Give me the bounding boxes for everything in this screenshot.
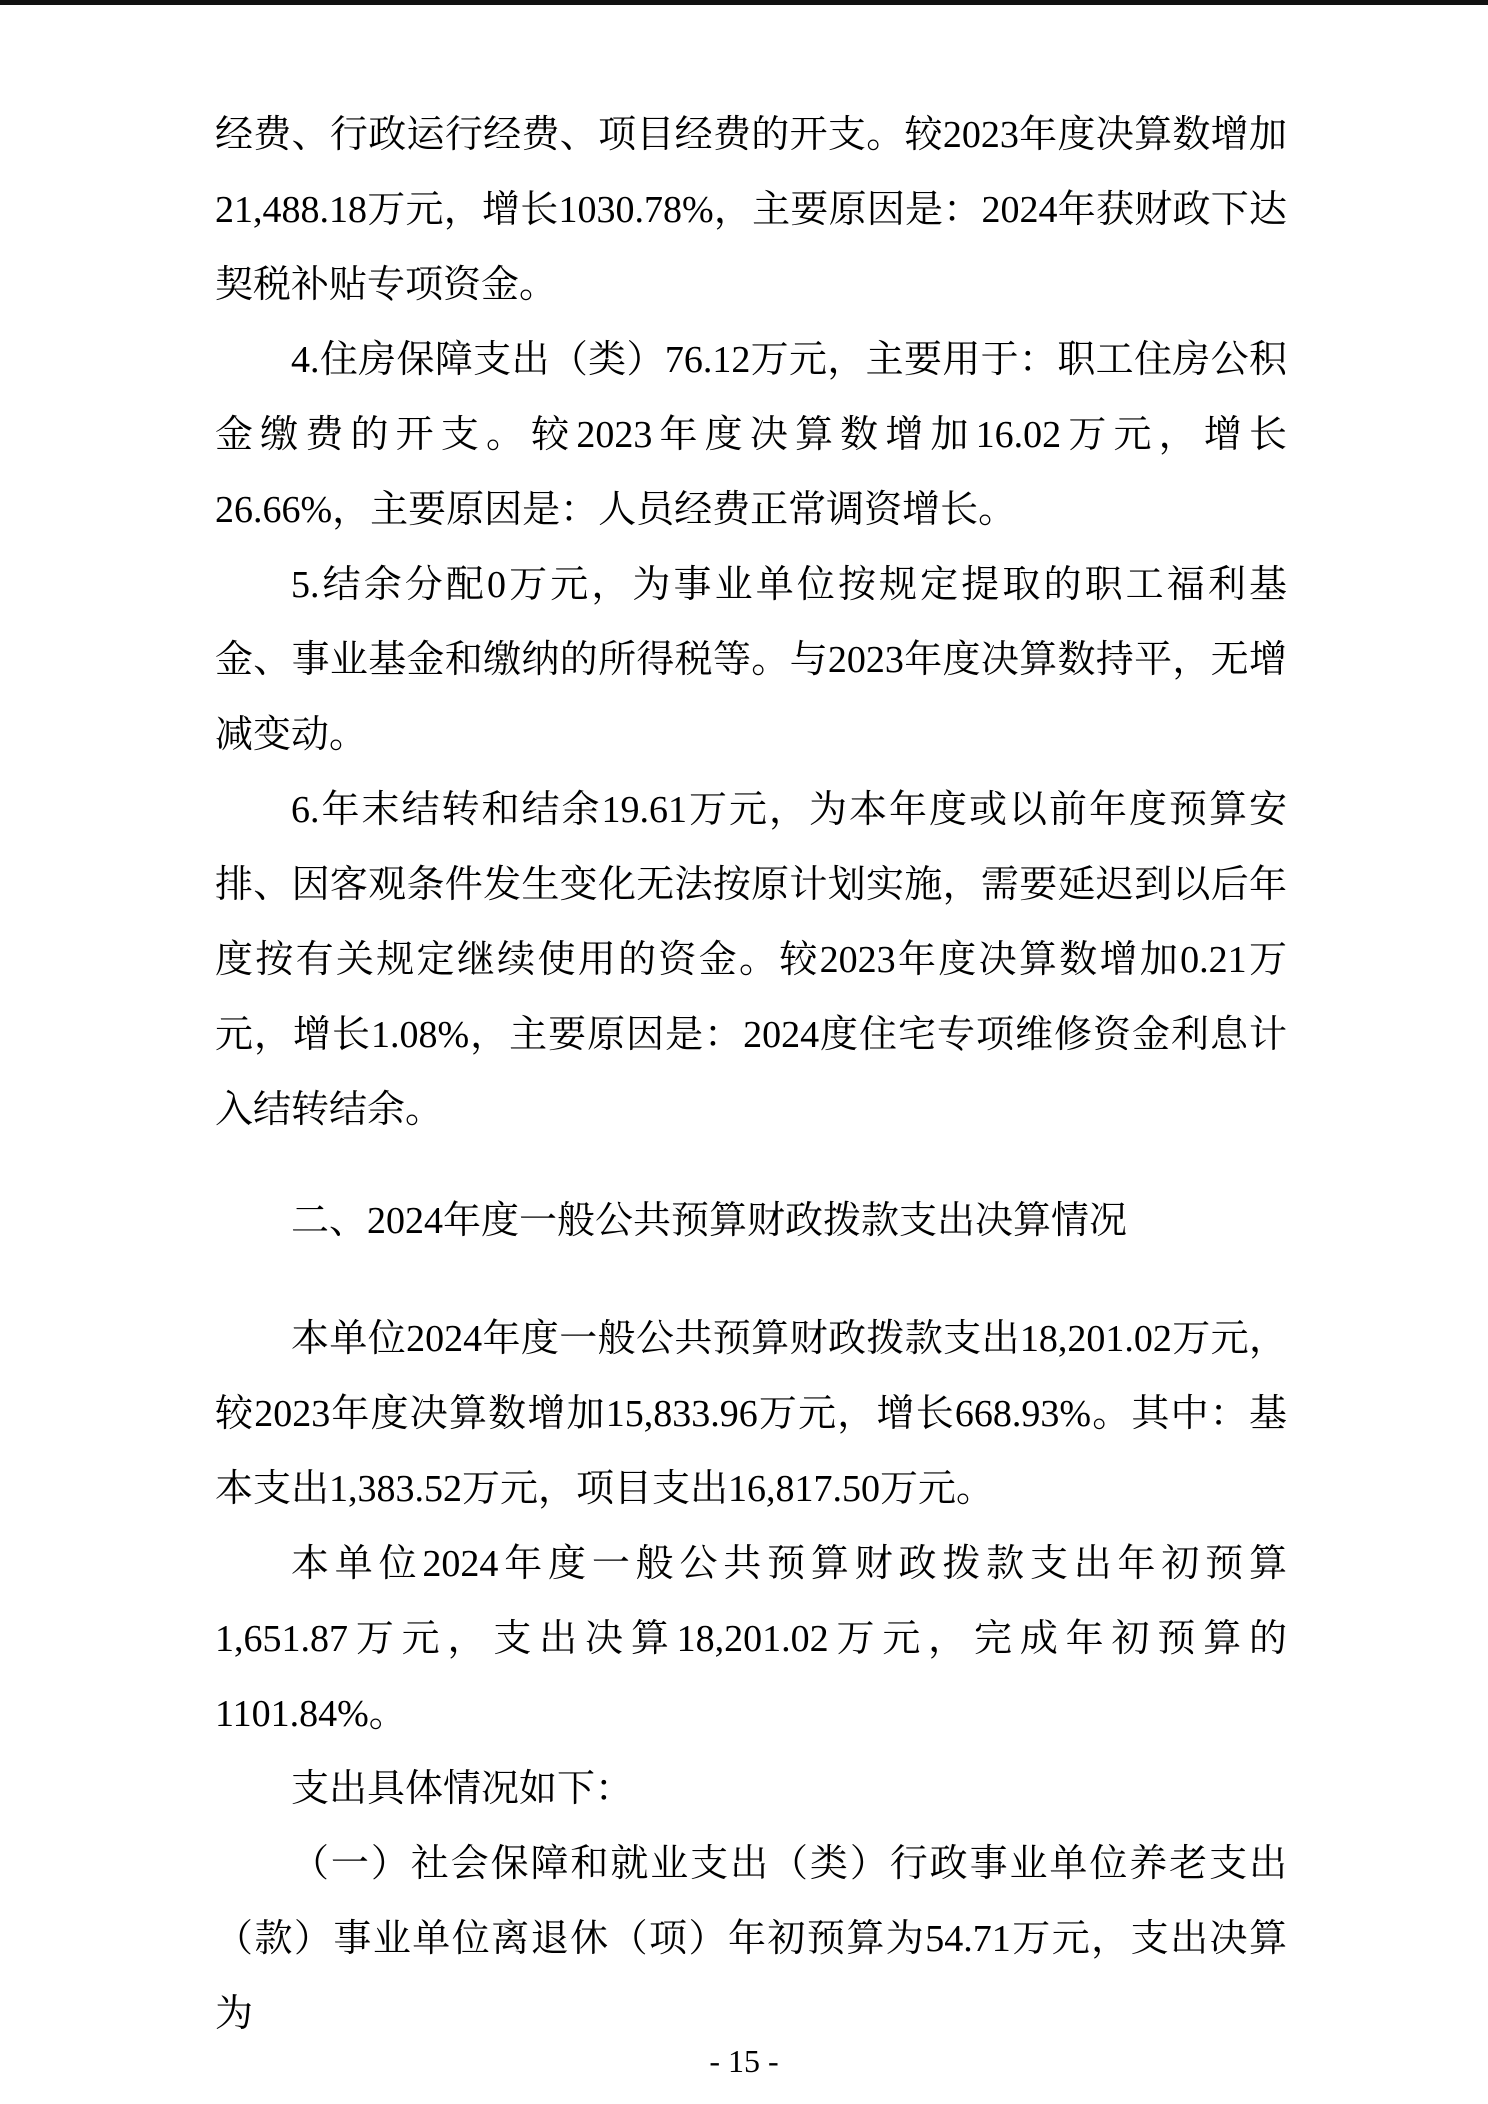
paragraph-expenditure-summary: 本单位2024年度一般公共预算财政拨款支出18,201.02万元，较2023年度… xyxy=(215,1302,1287,1527)
page-body-text: 经费、行政运行经费、项目经费的开支。较2023年度决算数增加21,488.18万… xyxy=(215,98,1287,2052)
paragraph-budget-completion: 本单位2024年度一般公共预算财政拨款支出年初预算1,651.87万元，支出决算… xyxy=(215,1527,1287,1752)
paragraph-continuation-funds-expense: 经费、行政运行经费、项目经费的开支。较2023年度决算数增加21,488.18万… xyxy=(215,98,1287,323)
paragraph-social-security-employment: （一）社会保障和就业支出（类）行政事业单位养老支出（款）事业单位离退休（项）年初… xyxy=(215,1827,1287,2052)
paragraph-detail-intro: 支出具体情况如下： xyxy=(215,1752,1287,1827)
paragraph-item-4-housing-security: 4.住房保障支出（类）76.12万元，主要用于：职工住房公积金缴费的开支。较20… xyxy=(215,323,1287,548)
paragraph-item-6-year-end-carryover: 6.年末结转和结余19.61万元，为本年度或以前年度预算安排、因客观条件发生变化… xyxy=(215,773,1287,1148)
paragraph-item-5-surplus-distribution: 5.结余分配0万元，为事业单位按规定提取的职工福利基金、事业基金和缴纳的所得税等… xyxy=(215,548,1287,773)
document-page: { "colors": { "page_background": "#fffff… xyxy=(0,0,1488,2104)
scan-top-edge-bar xyxy=(0,0,1488,5)
section-heading-2024-general-budget-expenditure: 二、2024年度一般公共预算财政拨款支出决算情况 xyxy=(215,1184,1287,1259)
page-number: - 15 - xyxy=(0,2041,1488,2081)
